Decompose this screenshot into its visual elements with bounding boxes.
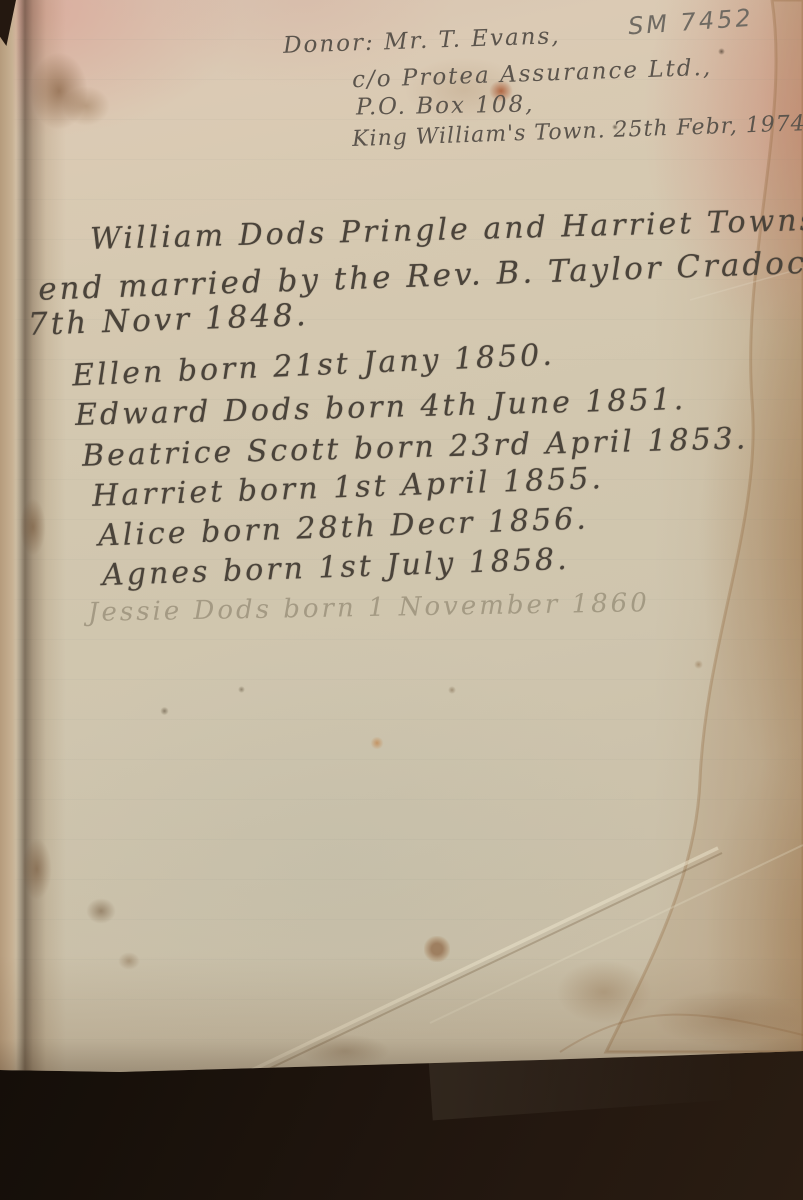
fox-spot [238,686,245,693]
register-line: Ellen born 21st Jany 1850. [71,337,555,393]
ink-fleck [718,48,725,55]
fox-spot [160,707,169,715]
fox-spot [694,660,703,669]
donor-line: P.O. Box 108, [356,91,535,120]
donor-line: c/o Protea Assurance Ltd., [352,55,713,94]
stain-blot [86,898,116,924]
photograph-of-register-page: SM 7452 Donor: Mr. T. Evans, c/o Protea … [0,0,803,1200]
donor-line: Donor: Mr. T. Evans, [283,23,561,59]
book-page: SM 7452 Donor: Mr. T. Evans, c/o Protea … [0,0,803,1200]
faded-pencil-line: Jessie Dods born 1 November 1860 [88,588,650,628]
archive-number: SM 7452 [627,4,754,41]
fox-spot [370,737,384,749]
stain-blot [62,86,110,126]
fox-spot [448,686,456,694]
book-gutter-shadow [16,0,66,1074]
water-stain-region [606,0,803,1052]
